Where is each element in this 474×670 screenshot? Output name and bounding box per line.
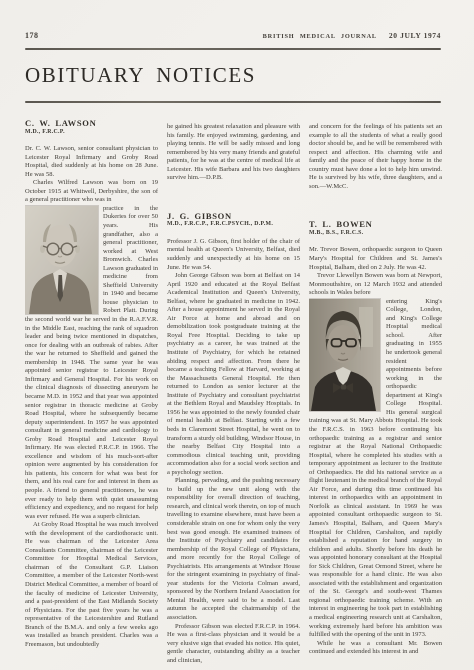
gibson-character-paragraph: Professor Gibson was elected F.R.C.P. in…: [167, 623, 300, 666]
bowen-body-pre-photo: Trevor Llewellyn Bowen was born at Newpo…: [309, 272, 442, 298]
journal-page: 178 BRITISH MEDICAL JOURNAL 20 JULY 1974…: [0, 0, 474, 670]
page-title: OBITUARY NOTICES: [25, 63, 441, 88]
bowen-portrait-illustration: [309, 299, 380, 411]
column-1: C. W. LAWSON M.D., F.R.C.P. Dr. C. W. La…: [25, 119, 158, 667]
gibson-continuation-paragraph: and concern for the feelings of his pati…: [309, 119, 442, 191]
lawson-portrait-illustration: [25, 206, 98, 314]
title-rule: [25, 101, 441, 103]
bowen-closing-paragraph: While he was a consultant Mr. Bowen cont…: [309, 640, 442, 657]
running-head: 178 BRITISH MEDICAL JOURNAL 20 JULY 1974: [25, 31, 441, 43]
obituary-credentials-bowen: M.B., B.S., F.R.C.S.: [309, 229, 442, 238]
bowen-intro-paragraph: Mr. Trevor Bowen, orthopaedic surgeon to…: [309, 246, 442, 272]
lawson-portrait-photo: [25, 206, 98, 314]
obituary-bowen: T. L. BOWEN M.B., B.S., F.R.C.S. Mr. Tre…: [309, 220, 442, 656]
obituary-name-bowen: T. L. BOWEN: [309, 220, 442, 229]
gibson-career-paragraph: John George Gibson was born at Belfast o…: [167, 272, 300, 477]
journal-title: BRITISH MEDICAL JOURNAL: [263, 33, 377, 40]
gibson-intro-paragraph: Professor J. G. Gibson, first holder of …: [167, 238, 300, 272]
bowen-portrait-photo: [309, 299, 380, 411]
lawson-body-with-photo: practice in the Dukeries for over 50 yea…: [25, 205, 158, 521]
lawson-continuation-paragraph: he gained his greatest relaxation and pl…: [167, 119, 300, 183]
obituary-lawson: C. W. LAWSON M.D., F.R.C.P. Dr. C. W. La…: [25, 119, 158, 649]
lawson-intro-paragraph: Dr. C. W. Lawson, senior consultant phys…: [25, 145, 158, 179]
column-2: he gained his greatest relaxation and pl…: [167, 119, 300, 667]
running-head-right: BRITISH MEDICAL JOURNAL 20 JULY 1974: [263, 31, 441, 40]
obituary-credentials-lawson: M.D., F.R.C.P.: [25, 128, 158, 137]
gibson-unit-paragraph: Planning, pervading, and the pushing nec…: [167, 477, 300, 622]
obituary-credentials-gibson: M.D., F.R.C.P., F.R.C.PSYCH., D.P.M.: [167, 220, 300, 229]
column-3: and concern for the feelings of his pati…: [309, 119, 442, 667]
issue-date: 20 JULY 1974: [389, 31, 441, 40]
column-layout: C. W. LAWSON M.D., F.R.C.P. Dr. C. W. La…: [25, 119, 441, 667]
obituary-name-gibson: J. G. GIBSON: [167, 212, 300, 221]
bowen-body-with-photo: entering King's College, London, and Kin…: [309, 298, 442, 640]
obituary-name-lawson: C. W. LAWSON: [25, 119, 158, 128]
lawson-closing-paragraph: At Groby Road Hospital he was much invol…: [25, 521, 158, 649]
lawson-body-pre-photo: Charles Wilfred Lawson was born on 19 Oc…: [25, 179, 158, 205]
obituary-gibson: J. G. GIBSON M.D., F.R.C.P., F.R.C.PSYCH…: [167, 212, 300, 665]
page-number: 178: [25, 31, 39, 40]
top-rule: [25, 48, 441, 50]
